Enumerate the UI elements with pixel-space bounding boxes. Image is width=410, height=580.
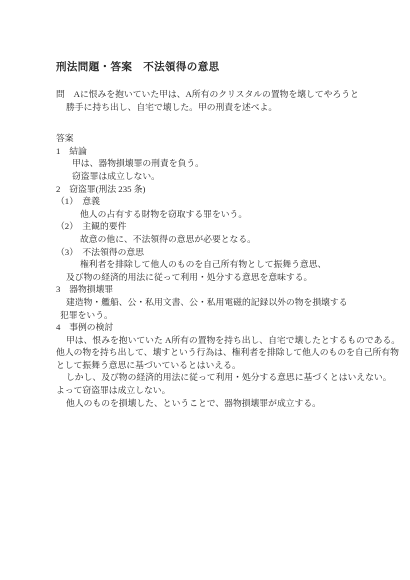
answer-heading: 答案 [56, 132, 380, 145]
subsection-2-1-heading: （1） 意義 [56, 195, 380, 208]
section-4-line: 他人の物を持ち出して、壊すという行為は、権利者を排除して他人のものを自己所有物 [56, 346, 380, 359]
spacer [56, 113, 380, 132]
document-content: 刑法問題・答案 不法領得の意思 問 Aに恨みを抱いていた甲は、A所有のクリスタル… [0, 0, 410, 409]
question-line-1: 問 Aに恨みを抱いていた甲は、A所有のクリスタルの置物を壊してやろうと [56, 88, 380, 101]
subsection-2-2-heading: （2） 主観的要件 [56, 220, 380, 233]
section-1-heading: 1 結論 [56, 145, 380, 158]
document-page: 刑法問題・答案 不法領得の意思 問 Aに恨みを抱いていた甲は、A所有のクリスタル… [0, 0, 410, 580]
section-4-line: しかし、及び物の経済的用法に従って利用・処分する意思に基づくとはいえない。 [66, 371, 380, 384]
doc-title: 刑法問題・答案 不法領得の意思 [56, 61, 380, 75]
subsection-2-2-line: 故意の他に、不法領得の意思が必要となる。 [80, 233, 380, 246]
subsection-2-3-line: 権利者を排除して他人のものを自己所有物として振舞う意思、 [80, 258, 380, 271]
section-3-line: 建造物・艦船、公・私用文書、公・私用電磁的記録以外の物を損壊する [66, 296, 380, 309]
subsection-2-1-line: 他人の占有する財物を窃取する罪をいう。 [80, 208, 380, 221]
question-line-2: 勝手に持ち出し、自宅で壊した。甲の刑責を述べよ。 [66, 101, 380, 114]
section-1-line: 甲は、器物損壊罪の刑責を負う。 [72, 157, 380, 170]
section-1-line: 窃盗罪は成立しない。 [72, 170, 380, 183]
section-3-line: 犯罪をいう。 [60, 309, 380, 322]
section-4-heading: 4 事例の検討 [56, 321, 380, 334]
section-4-line: よって窃盗罪は成立しない。 [56, 384, 380, 397]
subsection-2-3-line: 及び物の経済的用法に従って利用・処分する意思を意味する。 [66, 271, 380, 284]
section-4-line: 他人のものを損壊した、ということで、器物損壊罪が成立する。 [66, 397, 380, 410]
section-3-heading: 3 器物損壊罪 [56, 283, 380, 296]
section-2-heading: 2 窃盗罪(刑法 235 条) [56, 183, 380, 196]
subsection-2-3-heading: （3） 不法領得の意思 [56, 246, 380, 259]
section-4-line: 甲は、恨みを抱いていた A所有の置物を持ち出し、自宅で壊したとするものである。 [66, 334, 380, 347]
section-4-line: として振舞う意思に基づいているとはいえる。 [56, 359, 380, 372]
